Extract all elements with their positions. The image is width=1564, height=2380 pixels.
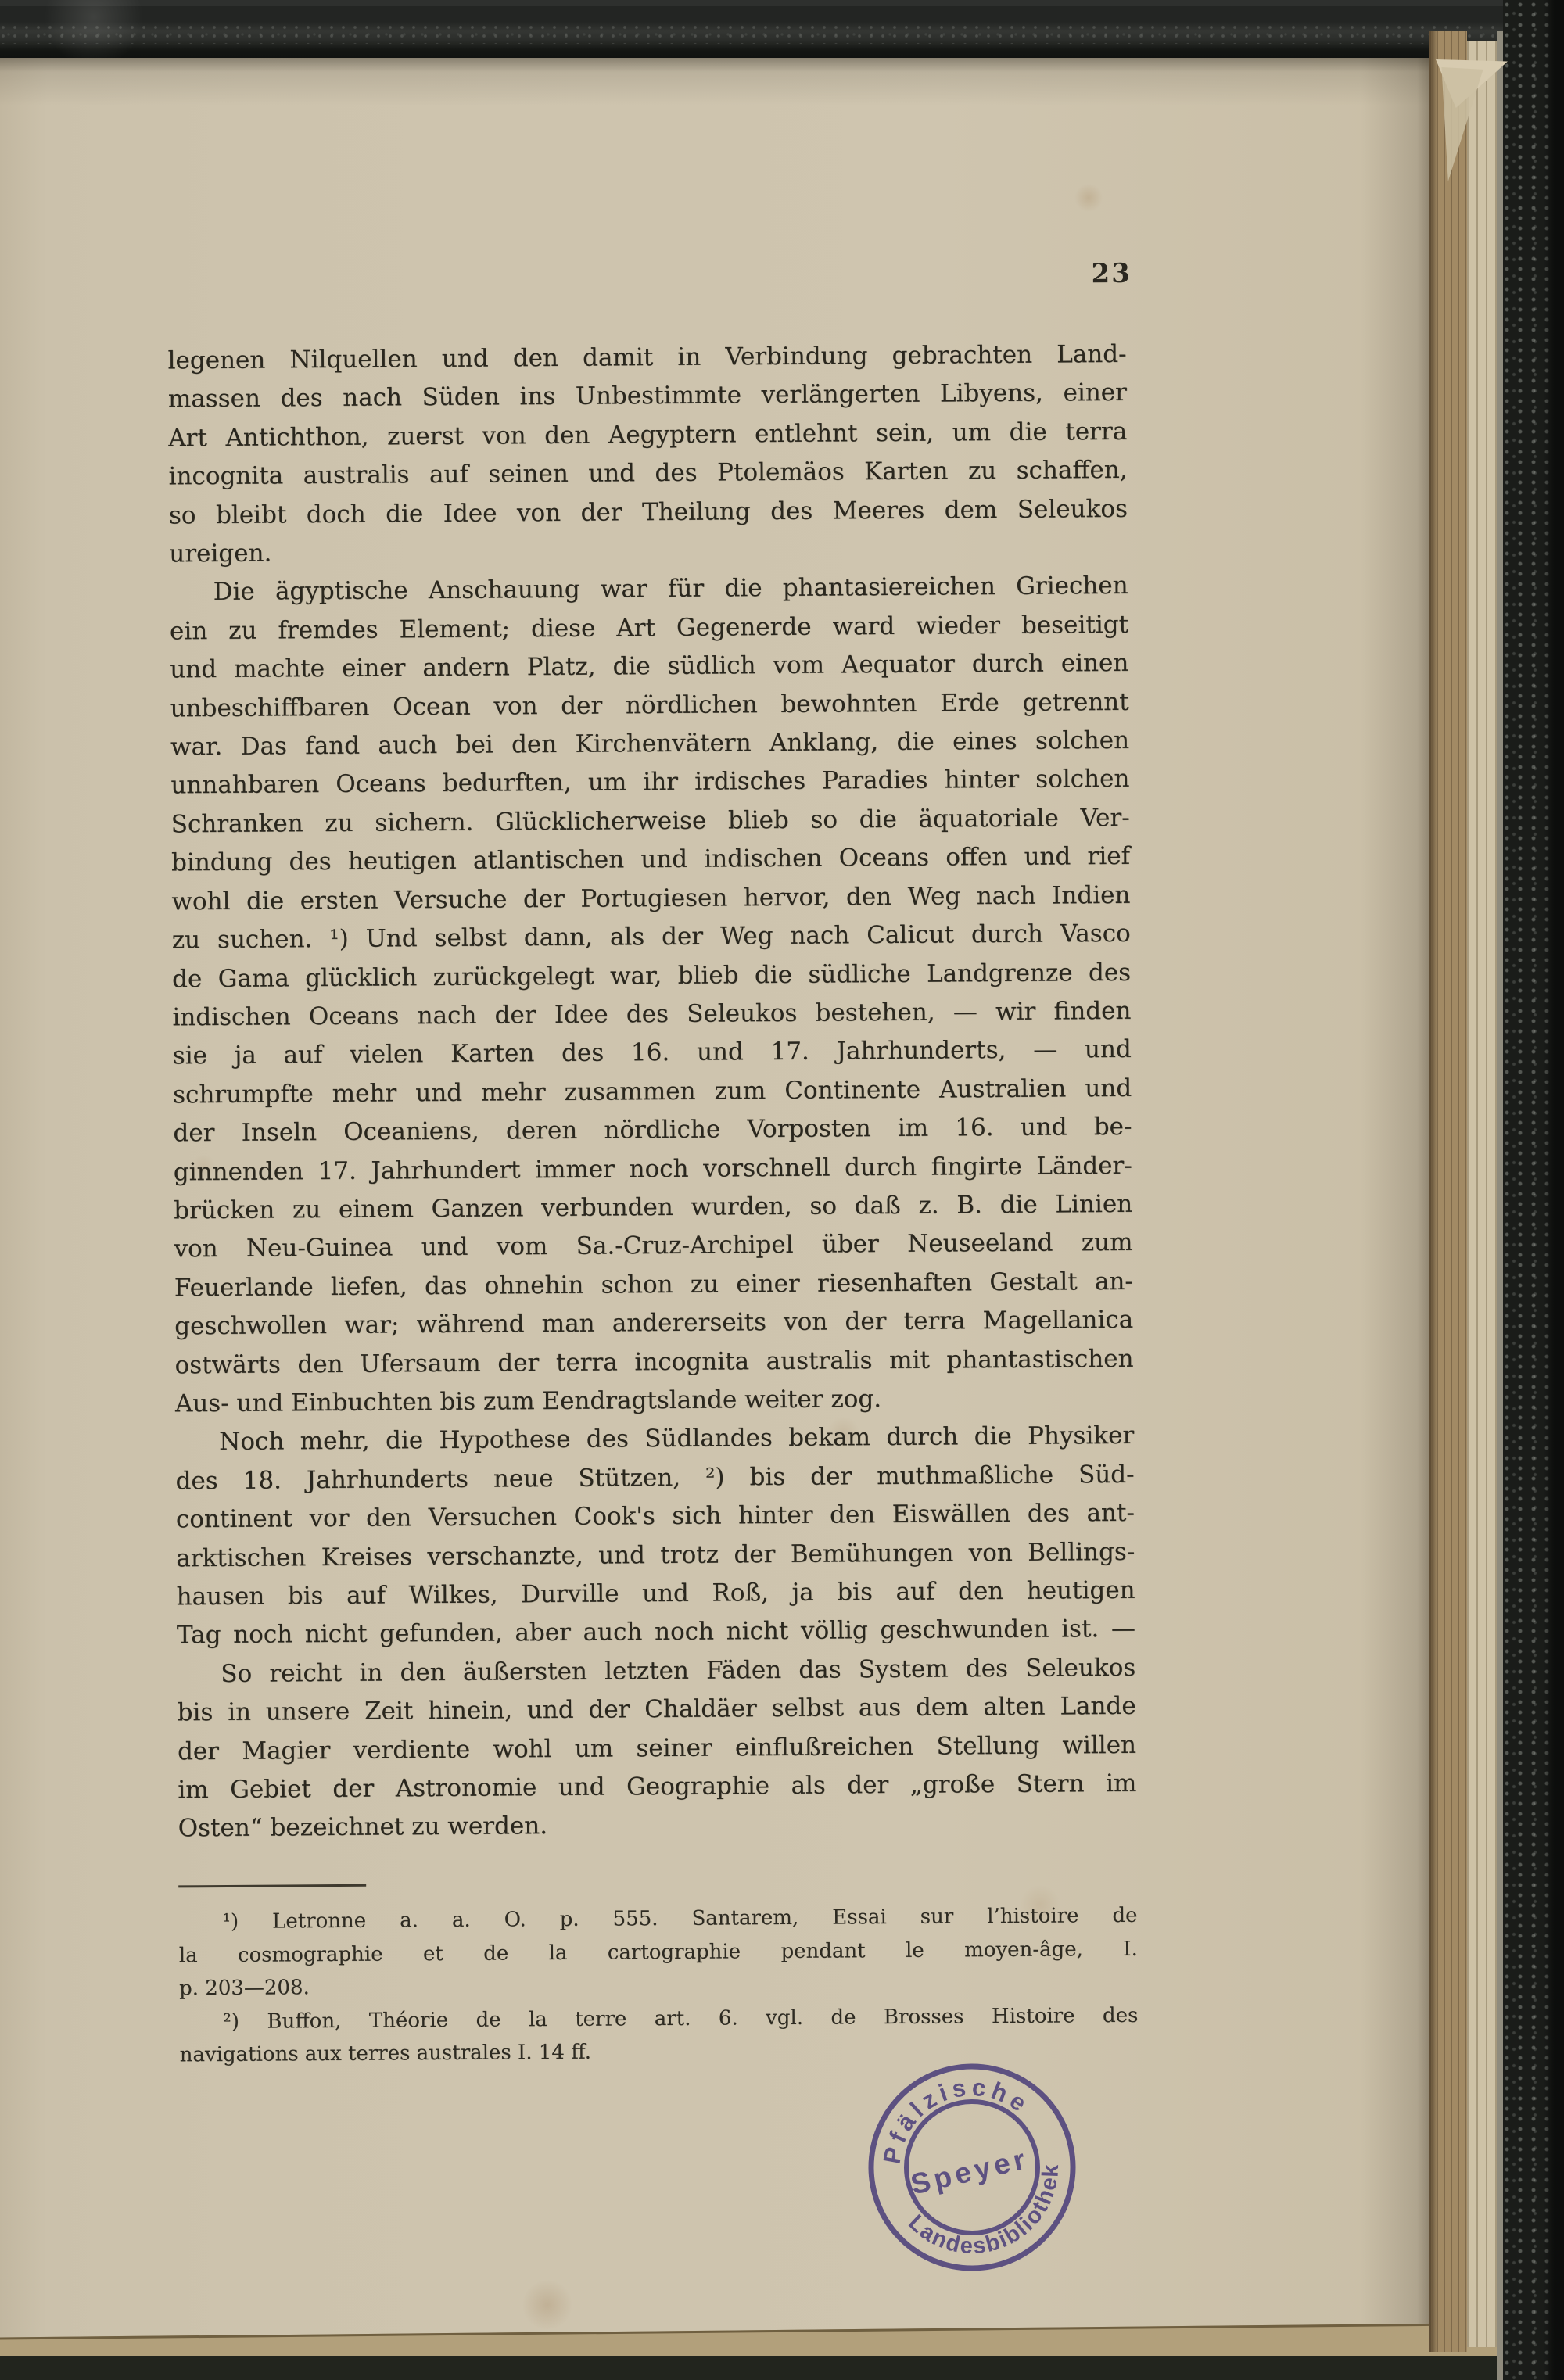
stamp-text-middle: Speyer bbox=[908, 2142, 1032, 2200]
scanned-book-page: 23 legenen Nilquellen und den damit in V… bbox=[0, 0, 1564, 2380]
text-line: sie ja auf vielen Karten des 16. und 17.… bbox=[173, 1030, 1132, 1076]
text-line: bis in unsere Zeit hinein, und der Chald… bbox=[177, 1687, 1135, 1733]
text-line: bindung des heutigen atlantischen und in… bbox=[171, 837, 1130, 883]
text-line: So reicht in den äußersten letzten Fäden… bbox=[177, 1649, 1135, 1694]
text-line: zu suchen. ¹) Und selbst dann, als der W… bbox=[172, 915, 1131, 960]
text-line: wohl die ersten Versuche der Portugiesen… bbox=[171, 876, 1130, 922]
text-line: von Neu-Guinea und vom Sa.-Cruz-Archipel… bbox=[174, 1224, 1132, 1269]
text-line: unbeschiffbaren Ocean von der nördlichen… bbox=[170, 683, 1129, 729]
page-content: 23 legenen Nilquellen und den damit in V… bbox=[0, 0, 1564, 2380]
text-line: indischen Oceans nach der Idee des Seleu… bbox=[172, 992, 1131, 1038]
text-line: im Gebiet der Astronomie und Geographie … bbox=[178, 1765, 1136, 1810]
text-line: schrumpfte mehr und mehr zusammen zum Co… bbox=[173, 1070, 1132, 1115]
text-line: Art Antichthon, zuerst von den Aegyptern… bbox=[168, 413, 1127, 458]
text-line: legenen Nilquellen und den damit in Verb… bbox=[167, 335, 1126, 381]
text-line: Osten“ bezeichnet zu werden. bbox=[178, 1803, 1137, 1848]
footnote-separator-rule bbox=[178, 1884, 366, 1888]
text-line: Aus- und Einbuchten bis zum Eendragtslan… bbox=[175, 1378, 1134, 1424]
text-line: ostwärts den Ufersaum der terra incognit… bbox=[174, 1339, 1133, 1385]
text-line: der Magier verdiente wohl um seiner einf… bbox=[178, 1726, 1136, 1771]
text-line: Feuerlande liefen, das ohnehin schon zu … bbox=[174, 1263, 1133, 1308]
body-text: legenen Nilquellen und den damit in Verb… bbox=[167, 335, 1136, 1848]
text-line: so bleibt doch die Idee von der Theilung… bbox=[169, 490, 1128, 536]
text-line: Tag noch nicht gefunden, aber auch noch … bbox=[177, 1610, 1135, 1655]
text-line: ginnenden 17. Jahrhundert immer noch vor… bbox=[174, 1146, 1132, 1192]
text-line: incognita australis auf seinen und des P… bbox=[168, 451, 1127, 496]
text-line: Noch mehr, die Hypothese des Südlandes b… bbox=[175, 1417, 1134, 1462]
text-line: hausen bis auf Wilkes, Durville und Roß,… bbox=[176, 1572, 1135, 1617]
text-line: des 18. Jahrhunderts neue Stützen, ²) bi… bbox=[175, 1456, 1134, 1501]
text-line: arktischen Kreises verschanzte, und trot… bbox=[176, 1532, 1135, 1578]
text-line: Schranken zu sichern. Glücklicherweise b… bbox=[171, 799, 1130, 844]
text-line: continent vor den Versuchen Cook's sich … bbox=[176, 1494, 1135, 1539]
page-number: 23 bbox=[932, 258, 1132, 291]
text-line: und machte einer andern Platz, die südli… bbox=[170, 644, 1128, 690]
text-line: massen des nach Süden ins Unbestimmte ve… bbox=[168, 374, 1127, 419]
text-line: war. Das fand auch bei den Kirchenvätern… bbox=[170, 722, 1129, 767]
text-line: der Inseln Oceaniens, deren nördliche Vo… bbox=[173, 1108, 1132, 1153]
text-line: Die ägyptische Anschauung war für die ph… bbox=[169, 567, 1128, 612]
text-line: unnahbaren Oceans bedurften, um ihr irdi… bbox=[170, 760, 1129, 805]
text-line: ein zu fremdes Element; diese Art Gegene… bbox=[170, 606, 1128, 651]
text-line: geschwollen war; während man andererseit… bbox=[174, 1301, 1133, 1346]
text-line: la cosmographie et de la cartographie pe… bbox=[179, 1932, 1138, 1972]
text-line: brücken zu einem Ganzen verbunden wurden… bbox=[174, 1185, 1132, 1231]
text-line: ureigen. bbox=[169, 529, 1128, 574]
text-line: de Gama glücklich zurückgelegt war, blie… bbox=[172, 953, 1131, 998]
